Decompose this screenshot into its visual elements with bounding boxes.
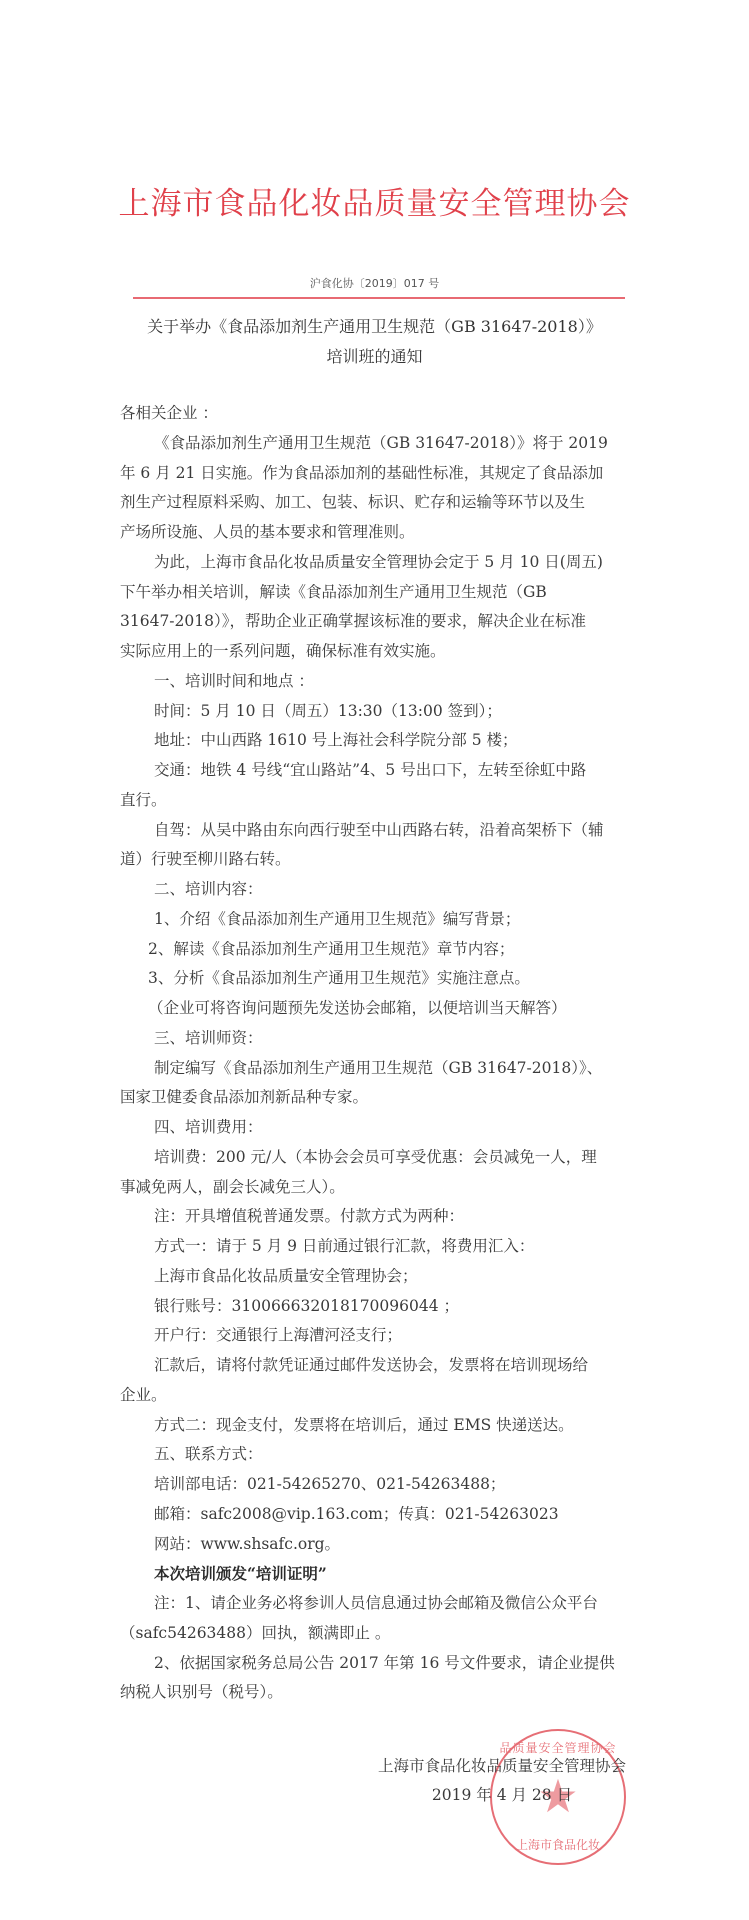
paragraph-line: 剂生产过程原料采购、加工、包装、标识、贮存和运输等环节以及生 [120,488,650,518]
stamp-bottom-text: 上海市食品化妆 [492,1836,624,1853]
signature-block: 上海市食品化妆品质量安全管理协会 2019 年 4 月 28 日 [352,1752,652,1810]
content-item-1: 1、介绍《食品添加剂生产通用卫生规范》编写背景； [120,905,650,935]
paragraph-line: 年 6 月 21 日实施。作为食品添加剂的基础性标准，其规定了食品添加 [120,459,650,489]
contact-phone: 培训部电话：021-54265270、021-54263488； [120,1470,650,1500]
certificate-notice: 本次培训颁发“培训证明” [120,1559,650,1589]
fee-line-cont: 事减免两人，副会长减免三人）。 [120,1173,650,1203]
section-heading-content: 二、培训内容： [120,875,650,905]
training-time: 时间：5 月 10 日（周五）13:30（13:00 签到）； [120,697,650,727]
red-divider [133,297,625,299]
salutation: 各相关企业 ： [120,399,650,429]
paragraph-line: 下午举办相关培训，解读《食品添加剂生产通用卫生规范（GB [120,578,650,608]
bank-branch: 开户行：交通银行上海漕河泾支行； [120,1321,650,1351]
instructors-line-cont: 国家卫健委食品添加剂新品种专家。 [120,1083,650,1113]
document-number: 沪食化协〔2019〕017 号 [0,275,749,291]
note-1-cont: （safc54263488）回执，额满即止 。 [120,1619,650,1649]
transport-drive: 自驾：从吴中路由东向西行驶至中山西路右转，沿着高架桥下（辅 [120,816,650,846]
note-1: 注：1、请企业务必将参训人员信息通过协会邮箱及微信公众平台 [120,1589,650,1619]
training-address: 地址：中山西路 1610 号上海社会科学院分部 5 楼； [120,726,650,756]
section-heading-time-location: 一、培训时间和地点 ： [120,667,650,697]
transport-metro: 交通：地铁 4 号线“宜山路站”4、5 号出口下，左转至徐虹中路 [120,756,650,786]
transport-metro-cont: 直行。 [120,786,650,816]
note-2-cont: 纳税人识别号（税号）。 [120,1678,650,1708]
remittance-note: 汇款后，请将付款凭证通过邮件发送协会，发票将在培训现场给 [120,1351,650,1381]
paragraph-line: 为此，上海市食品化妆品质量安全管理协会定于 5 月 10 日(周五) [120,548,650,578]
paragraph-line: 产场所设施、人员的基本要求和管理准则。 [120,518,650,548]
note-2: 2、依据国家税务总局公告 2017 年第 16 号文件要求，请企业提供 [120,1649,650,1679]
content-note: （企业可将咨询问题预先发送协会邮箱，以便培训当天解答） [120,994,650,1024]
instructors-line: 制定编写《食品添加剂生产通用卫生规范（GB 31647-2018）》、 [120,1054,650,1084]
contact-website[interactable]: 网站：www.shsafc.org。 [120,1530,650,1560]
content-item-3: 3、分析《食品添加剂生产通用卫生规范》实施注意点。 [120,964,650,994]
headline-line-1: 关于举办《食品添加剂生产通用卫生规范（GB 31647-2018）》 [0,312,749,342]
remittance-note-cont: 企业。 [120,1381,650,1411]
section-heading-instructors: 三、培训师资： [120,1024,650,1054]
transport-drive-cont: 道）行驶至柳川路右转。 [120,845,650,875]
paragraph-line: 实际应用上的一系列问题，确保标准有效实施。 [120,637,650,667]
content-item-2: 2、解读《食品添加剂生产通用卫生规范》章节内容； [120,935,650,965]
invoice-note: 注：开具增值税普通发票。付款方式为两种： [120,1202,650,1232]
section-heading-contact: 五、联系方式： [120,1440,650,1470]
contact-email-fax[interactable]: 邮箱：safc2008@vip.163.com；传真：021-54263023 [120,1500,650,1530]
signature-date: 2019 年 4 月 28 日 [352,1781,652,1810]
bank-account: 银行账号：310066632018170096044 ； [120,1292,650,1322]
paragraph-line: 31647-2018）》，帮助企业正确掌握该标准的要求，解决企业在标准 [120,607,650,637]
notice-body: 各相关企业 ： 《食品添加剂生产通用卫生规范（GB 31647-2018）》将于… [120,399,650,1708]
section-heading-fees: 四、培训费用： [120,1113,650,1143]
payment-method-1: 方式一：请于 5 月 9 日前通过银行汇款，将费用汇入： [120,1232,650,1262]
signature-organization: 上海市食品化妆品质量安全管理协会 [352,1752,652,1781]
paragraph-line: 《食品添加剂生产通用卫生规范（GB 31647-2018）》将于 2019 [120,429,650,459]
notice-headline: 关于举办《食品添加剂生产通用卫生规范（GB 31647-2018）》 培训班的通… [0,312,749,372]
organization-title: 上海市食品化妆品质量安全管理协会 [0,178,749,223]
fee-line: 培训费：200 元/人（本协会会员可享受优惠：会员减免一人，理 [120,1143,650,1173]
payee-name: 上海市食品化妆品质量安全管理协会； [120,1262,650,1292]
payment-method-2: 方式二：现金支付，发票将在培训后，通过 EMS 快递送达。 [120,1411,650,1441]
headline-line-2: 培训班的通知 [0,342,749,372]
